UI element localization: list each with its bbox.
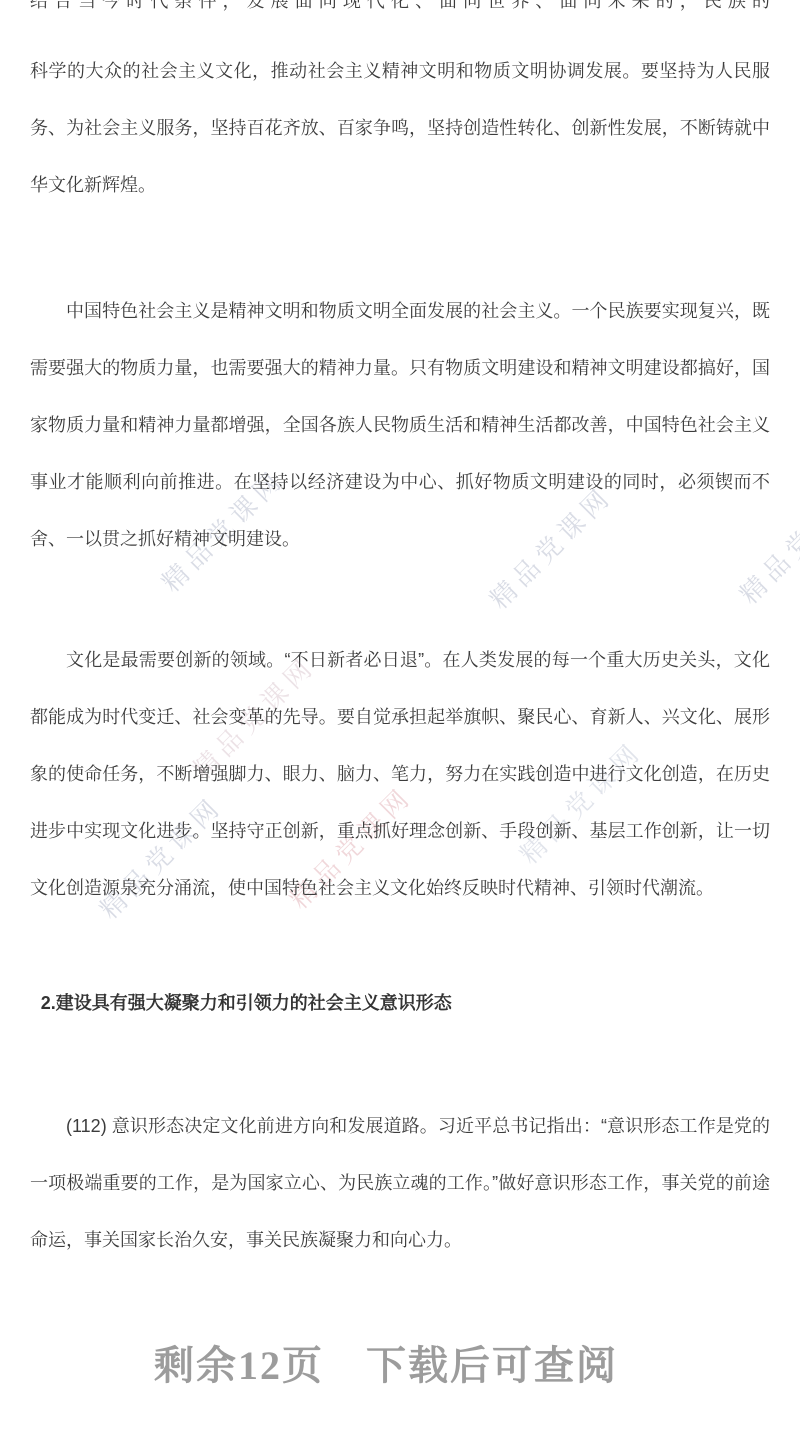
document-preview-page: 精品党课网 精品党课网 精品党课网 精品党课网 精品党课网 精品党课网 精品党课…	[0, 0, 800, 1448]
section-heading: 2.建设具有强大凝聚力和引领力的社会主义意识形态	[30, 975, 770, 1032]
download-hint: 下载后可查阅	[366, 1340, 618, 1392]
document-body: 科学的大众的社会主义文化，推动社会主义精神文明和物质文明协调发展。要坚持为人民服…	[30, 0, 770, 1269]
footer-notice: 剩余12页 下载后可查阅	[0, 1340, 800, 1392]
paragraph: (112) 意识形态决定文化前进方向和发展道路。习近平总书记指出：“意识形态工作…	[30, 1098, 770, 1269]
paragraph: 中国特色社会主义是精神文明和物质文明全面发展的社会主义。一个民族要实现复兴，既需…	[30, 283, 770, 568]
paragraph: 文化是最需要创新的领域。“不日新者必日退”。在人类发展的每一个重大历史关头，文化…	[30, 632, 770, 917]
remaining-pages-label: 剩余12页	[154, 1340, 324, 1392]
paragraph: 科学的大众的社会主义文化，推动社会主义精神文明和物质文明协调发展。要坚持为人民服…	[30, 43, 770, 214]
